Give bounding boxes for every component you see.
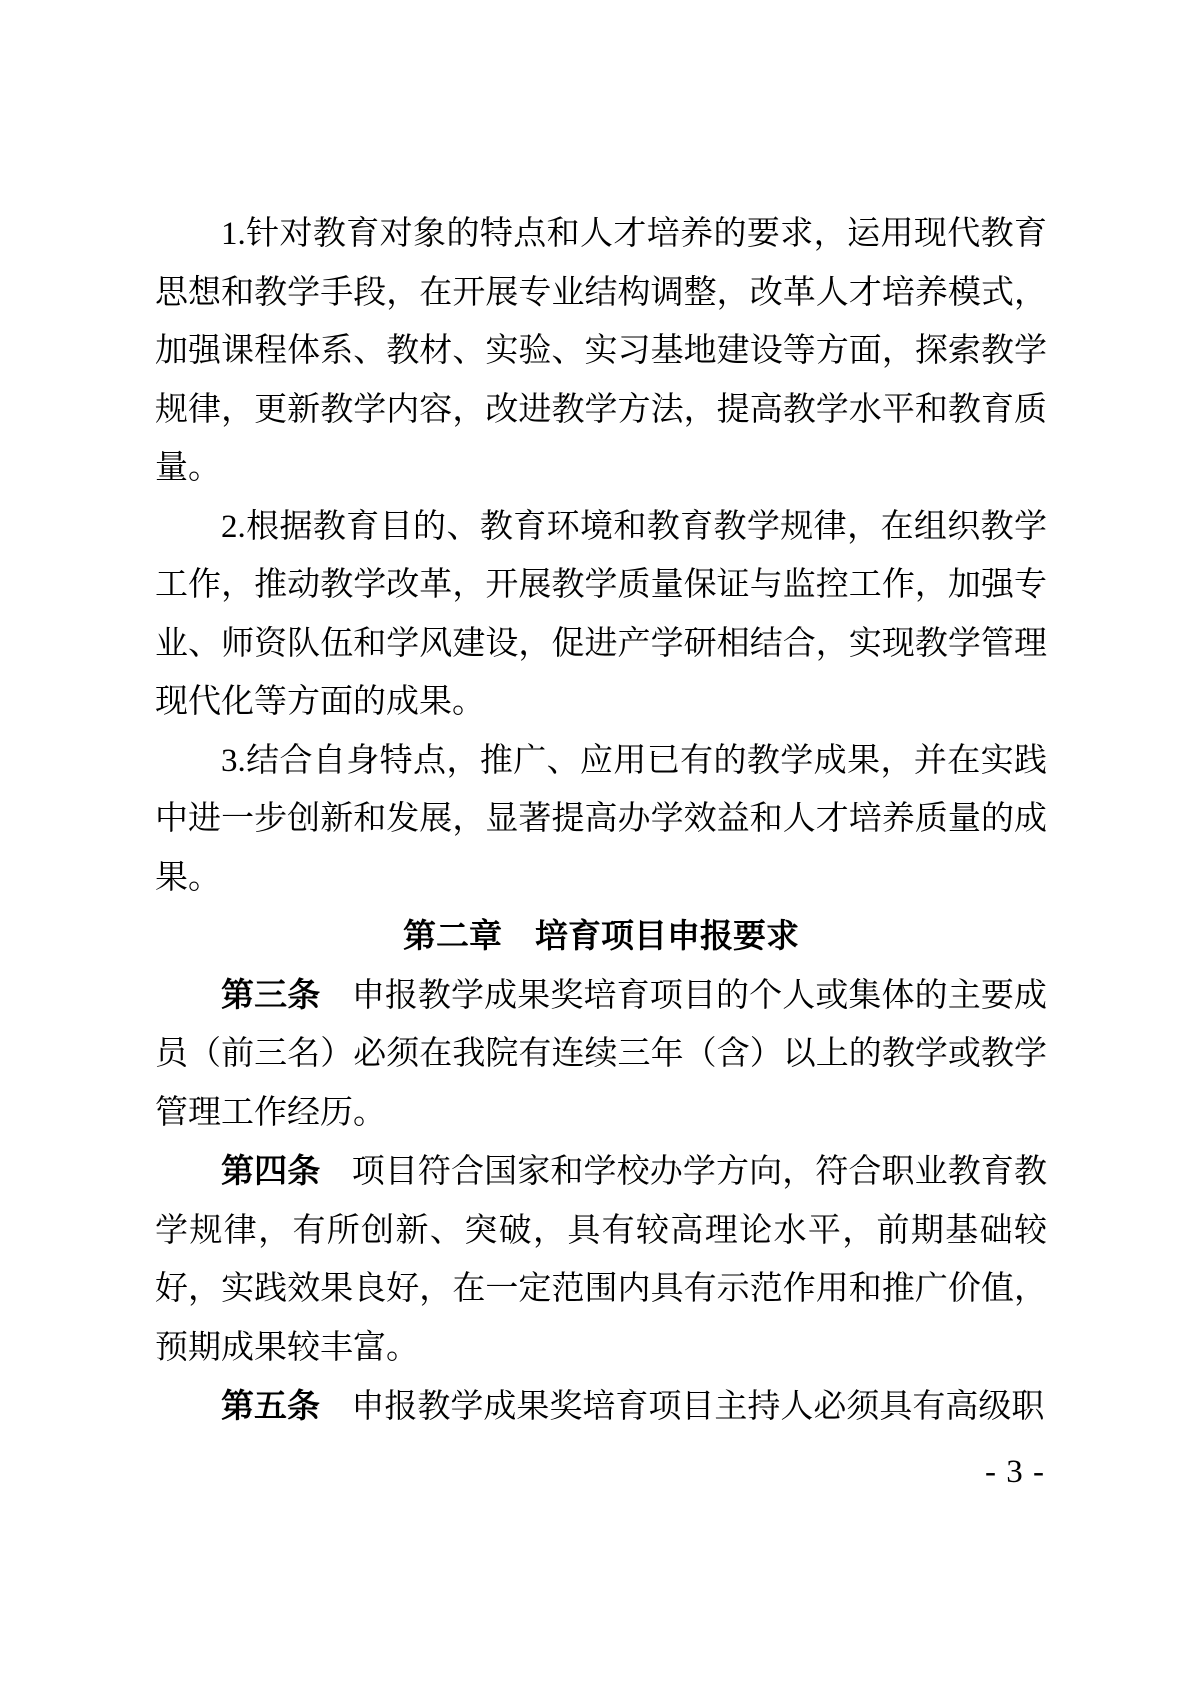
- document-body: 1.针对教育对象的特点和人才培养的要求，运用现代教育思想和教学手段，在开展专业结…: [155, 205, 1047, 1437]
- article-5-text: 申报教学成果奖培育项目主持人必须具有高级职: [351, 1389, 1044, 1425]
- article-4-label: 第四条: [221, 1152, 320, 1189]
- clause-1-paragraph: 1.针对教育对象的特点和人才培养的要求，运用现代教育思想和教学手段，在开展专业结…: [155, 205, 1047, 498]
- document-page: 1.针对教育对象的特点和人才培养的要求，运用现代教育思想和教学手段，在开展专业结…: [0, 0, 1191, 1684]
- chapter-heading: 第二章 培育项目申报要求: [155, 907, 1047, 966]
- article-3-paragraph: 第三条申报教学成果奖培育项目的个人或集体的主要成员（前三名）必须在我院有连续三年…: [155, 966, 1047, 1143]
- clause-2-paragraph: 2.根据教育目的、教育环境和教育教学规律，在组织教学工作，推动教学改革，开展教学…: [155, 498, 1047, 732]
- article-5-label: 第五条: [221, 1387, 320, 1424]
- clause-3-paragraph: 3.结合自身特点，推广、应用已有的教学成果，并在实践中进一步创新和发展，显著提高…: [155, 732, 1047, 908]
- page-number: - 3 -: [985, 1452, 1045, 1492]
- article-5-paragraph: 第五条申报教学成果奖培育项目主持人必须具有高级职: [155, 1377, 1047, 1437]
- article-4-paragraph: 第四条项目符合国家和学校办学方向，符合职业教育教学规律，有所创新、突破，具有较高…: [155, 1142, 1047, 1377]
- article-3-label: 第三条: [221, 976, 320, 1013]
